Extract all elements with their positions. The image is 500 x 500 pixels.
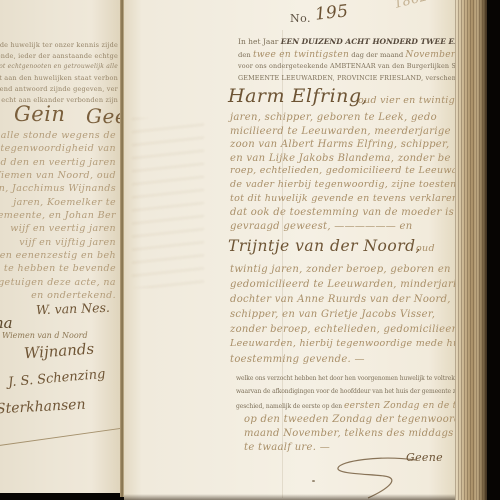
printed-line: toestemmend antwoord zijnde gegeven, ver: [0, 86, 118, 93]
script-line: te hebben te bevende: [0, 264, 122, 274]
script-line: zonder beroep, echtelieden, gedomiciliee…: [230, 324, 455, 335]
signature: Wiemen van d Noord: [2, 331, 88, 340]
groom-name: Harm Elfring,: [228, 86, 368, 107]
printed-line: gemelde huwelijk ter onzer kennis zijde: [0, 42, 118, 49]
book-fore-edge: [455, 0, 487, 500]
script-line: roep, echtelieden, gedomicilieerd te Lee…: [230, 166, 455, 176]
ink-showthrough: [132, 118, 204, 288]
closing-printed-line: waarvan de afkondigingen voor de hoofdde…: [236, 389, 455, 396]
script-heading-name: Geertje: [86, 105, 122, 127]
intro-line: den twee en twintigsten dag der maand No…: [238, 51, 455, 61]
record-number-value: 195: [314, 2, 349, 24]
closing-printed-fragment: geschied, namelijk de eerste op den: [236, 403, 342, 410]
script-line: maand November, telkens des middags: [244, 428, 454, 439]
script-line: l en tegenwoordigheid van: [0, 144, 122, 154]
script-line: toestemming gevende. —: [230, 354, 365, 365]
script-line: op den tweeden Zondag der tegenwoordige: [244, 414, 455, 425]
script-heading-name: Gein: [14, 103, 65, 126]
record-number-label: No.: [290, 13, 311, 25]
script-line: oud den en veertig jaren: [0, 158, 118, 168]
script-line: jaren, schipper, geboren te Leek, gedo: [230, 112, 437, 123]
right-page: 1862 No. 195 In het Jaar EEN DUIZEND ACH…: [124, 0, 455, 500]
signature: na: [0, 314, 13, 332]
signature: Wijnands: [23, 340, 94, 363]
script-line: an alle stonde wegens de: [0, 131, 120, 141]
intro-year: EEN DUIZEND ACHT HONDERD TWEE EN ZESTIG,: [281, 37, 455, 46]
signature: W. van Nes.: [36, 300, 110, 318]
intro-word: dag der maand: [351, 51, 403, 59]
script-line: gevraagd geweest, —————— en: [230, 221, 413, 232]
page-bottom-shadow: [124, 494, 455, 500]
script-line: schipper, en van Grietje Jacobs Visser,: [230, 309, 435, 320]
closing-printed-line: welke ons verzocht hebben het door hen v…: [236, 376, 455, 383]
script-line: te twaalf ure. —: [244, 442, 330, 453]
bride-name: Trijntje van der Noord,: [228, 238, 421, 255]
intro-line: voor ons ondergeteekende AMBTENAAR van d…: [238, 63, 455, 70]
script-line: wijf en veertig jaren: [0, 224, 122, 234]
script-line: zoon van Albert Harms Elfring, schipper,: [230, 139, 449, 150]
signature: Sterkhansen: [0, 397, 86, 418]
printed-line: aannamen tot echtgenooten en getrouwelij…: [0, 64, 118, 71]
register-scan: gemelde huwelijk ter onzer kennis zijde …: [0, 0, 500, 500]
signature: J. S. Schenzing: [8, 367, 106, 390]
script-line: en van Lijke Jakobs Blandema, zonder be: [230, 153, 451, 164]
script-line: tot dit huwelijk gevende en tevens verkl…: [230, 194, 455, 204]
script-line: jaren, Koemelker te: [0, 198, 122, 208]
left-page: gemelde huwelijk ter onzer kennis zijde …: [0, 0, 122, 493]
script-line: Gemeente, en Johan Ber: [0, 211, 119, 221]
ink-speck: [312, 480, 315, 482]
intro-prefix: In het Jaar: [238, 37, 278, 46]
script-line: micilieerd te Leeuwarden, meerderjarige: [230, 126, 451, 137]
intro-line: GEMEENTE LEEUWARDEN, PROVINCIE FRIESLAND…: [238, 75, 455, 82]
intro-word: den: [238, 51, 251, 59]
signature-underline-flourish: [0, 428, 121, 447]
printed-line: r die met aan den huwelijken staat verbo…: [0, 75, 118, 82]
script-line: getuigen deze acte, na: [0, 278, 122, 288]
script-line: dochter van Anne Ruurds van der Noord,: [230, 294, 451, 305]
script-line: Leeuwarden, hierbij tegenwoordige mede h…: [230, 339, 455, 349]
intro-line: In het Jaar EEN DUIZEND ACHT HONDERD TWE…: [238, 38, 455, 46]
bride-name-suffix: oud: [416, 244, 435, 254]
script-line: gedomicilieerd te Leeuwarden, minderjari…: [230, 279, 455, 290]
script-line: dat ook de toestemming van de moeder is: [230, 207, 454, 218]
handwritten-day: twee en twintigsten: [253, 50, 349, 60]
printed-line: k voldoende, ieder der aanstaande echtge: [0, 53, 118, 60]
background-black: [487, 0, 500, 500]
handwritten-month: November: [405, 50, 455, 60]
script-line: vijf en vijftig jaren: [0, 238, 121, 248]
script-line: de vader hierbij tegenwoordig, zijne toe…: [230, 180, 455, 190]
handwritten-insert: eersten Zondag en de tweede: [344, 401, 455, 411]
script-line: Wiemen van Noord, oud: [0, 171, 122, 181]
script-line: twintig jaren, zonder beroep, geboren en: [230, 264, 451, 275]
groom-name-suffix: oud vier en twintig: [358, 96, 455, 106]
script-line: n, Jacchimus Wijnands: [0, 184, 122, 194]
script-line: allen eenenzestig en beh: [0, 251, 122, 261]
pencil-folio-note: 1862: [393, 0, 430, 12]
closing-printed-line: geschied, namelijk de eerste op den eers…: [236, 402, 455, 412]
